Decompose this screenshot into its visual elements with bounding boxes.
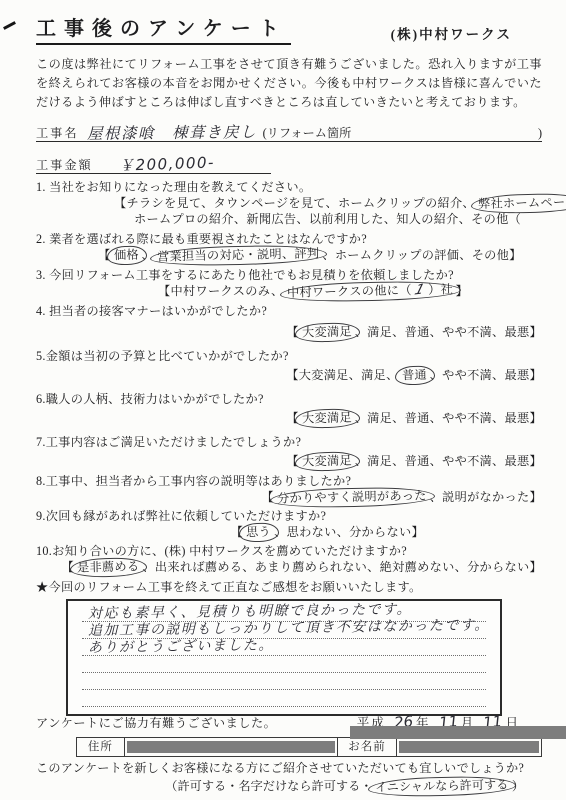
question-2-selected-answer-2: 営業担当の対応・説明、評判 [150,244,328,267]
question-10-text: 10.お知り合いの方に、(株) 中村ワークスを薦めていただけますか? [36,543,542,559]
feedback-comment-box: 対応も素早く、見積りも明瞭で良かったです。 追加工事の説明もしっかりして頂き不安… [66,599,502,716]
question-6-text: 6.職人の人柄、技術力はいかがでしたか? [36,391,542,407]
question-10: 10.お知り合いの方に、(株) 中村ワークスを薦めていただけますか? 【是非薦め… [36,543,542,575]
address-redaction [127,741,335,753]
question-4-selected-answer: 大変満足 [295,322,360,342]
question-3-options: 【中村ワークスのみ、中村ワークスの他に（1）社】 [36,283,542,299]
question-3-text: 3. 今回リフォーム工事をするにあたり他社でもお見積りを依頼しましたか? [36,267,542,283]
question-2-text: 2. 業者を選ばれる際に最も重要視されたことはなんですか? [36,231,542,247]
question-9-options: 【思う、思わない、分からない】 [36,524,542,540]
question-3-company-count-handwritten: 1 [409,281,430,299]
question-8-selected-answer: 分かりやすく説明があった [270,486,435,508]
comment-line: ありがとうございました。 [82,639,486,656]
question-5-options-pre: 【大変満足、満足、 [286,368,398,382]
question-10-selected-answer: 是非薦める [70,557,148,578]
thanks-text: アンケートにご協力有難うございました。 [36,715,276,731]
project-amount-label: 工事金額 [36,157,119,174]
comment-line-empty [82,656,486,673]
project-amount-value-handwritten: ￥200,000- [119,154,215,173]
question-4: 4. 担当者の接客マナーはいかがでしたか? 【大変満足、満足、普通、やや不満、最… [36,303,542,340]
question-1-selected-answer: 弊社ホームページ [471,193,566,214]
question-3-circled-pre: 中村ワークスの他に（ [286,283,411,300]
name-label: お名前 [337,738,397,757]
project-name-label: 工事名 [36,125,79,141]
address-label: 住所 [77,738,125,757]
question-7-selected-answer: 大変満足 [295,451,360,471]
question-9-selected-answer: 思う [239,523,279,543]
question-4-options-post: 、満足、普通、やや不満、最悪】 [355,325,542,339]
scan-corner-mark [3,21,16,30]
share-permission-question: このアンケートを新しくお客様になる方にご紹介させていただいても宜しいでしょうか? [36,760,542,776]
question-8: 8.工事中、担当者から工事内容の説明等はありましたか? 【分かりやすく説明があっ… [36,473,542,505]
question-2-selected-answer-1: 価格 [106,246,146,266]
comment-line: 追加工事の説明もしっかりして頂き不安はなかったです。 [82,622,486,639]
name-redaction-upper [350,726,566,739]
question-6-options-post: 、満足、普通、やや不満、最悪】 [355,411,542,425]
reform-location-close: ) [538,125,542,141]
question-1-options-line-2: ホームプロの紹介、新聞広告、以前利用した、知人の紹介、その他（ ）】 [36,211,542,227]
question-7-options: 【大変満足、満足、普通、やや不満、最悪】 [36,453,542,469]
reform-location-label: (リフォーム箇所 [263,125,352,141]
name-redaction [399,741,539,753]
question-1-text: 1. 当社をお知りになった理由を教えてください。 [36,179,542,195]
question-1: 1. 当社をお知りになった理由を教えてください。 【チラシを見て、タウンページを… [36,179,542,227]
question-5-selected-answer: 普通 [394,366,434,386]
feedback-prompt: ★今回のリフォーム工事を終えて正直なご感想をお願いいたします。 [36,579,542,595]
question-7: 7.工事内容はご満足いただけましたでしょうか? 【大変満足、満足、普通、やや不満… [36,434,542,469]
header: 工事後のアンケート (株)中村ワークス [36,16,542,45]
question-4-text: 4. 担当者の接客マナーはいかがでしたか? [36,303,542,319]
question-3-circled-post: ）社 [428,282,453,297]
comment-line-empty [82,673,486,690]
question-4-options: 【大変満足、満足、普通、やや不満、最悪】 [36,324,542,340]
question-7-options-post: 、満足、普通、やや不満、最悪】 [355,454,542,468]
question-8-options-post: 、説明がなかった】 [430,490,542,504]
question-2-options: 【価格、営業担当の対応・説明、評判、ホームクリップの評価、その他】 [36,247,542,263]
question-5-options-post: 、やや不満、最悪】 [430,368,542,382]
name-value-cell [397,738,542,757]
survey-scan-page: 工事後のアンケート (株)中村ワークス この度は弊社にてリフォーム工事をさせて頂… [0,0,566,800]
question-2: 2. 業者を選ばれる際に最も重要視されたことはなんですか? 【価格、営業担当の対… [36,231,542,263]
project-amount-row: 工事金額 ￥200,000- [36,150,542,174]
contact-row: 住所 お名前 [77,738,542,757]
project-name-row: 工事名 屋根漆喰 棟葺き戻し (リフォーム箇所 ) [36,120,542,142]
question-10-options: 【是非薦める、出来れば薦める、あまり薦められない、絶対薦めない、分からない】 [36,559,542,575]
share-selected-answer: イニシャルなら許可する [368,775,517,797]
project-name-value-handwritten: 屋根漆喰 棟葺き戻し [86,124,256,142]
question-2-options-rest: 、ホームクリップの評価、その他】 [322,248,521,262]
contact-table: 住所 お名前 [76,737,542,757]
question-8-text: 8.工事中、担当者から工事内容の説明等はありましたか? [36,473,542,489]
intro-text: この度は弊社にてリフォーム工事をさせて頂き有難うございました。恐れ入りますが工事… [36,55,542,112]
question-5-text: 5.金額は当初の予算と比べていかがでしたか? [36,348,542,364]
question-1-options-line-1: 【チラシを見て、タウンページを見て、ホームクリップの紹介、弊社ホームページ [36,195,542,211]
page-title: 工事後のアンケート [36,16,291,45]
question-9-options-post: 、思わない、分からない】 [274,525,424,539]
question-3-options-pre: 【中村ワークスのみ、 [158,284,284,298]
comment-text-handwritten: ありがとうございました。 [88,637,274,656]
comment-line-empty [82,690,486,707]
question-3-selected-answer: 中村ワークスの他に（1）社 [279,280,461,303]
question-5: 5.金額は当初の予算と比べていかがでしたか? 【大変満足、満足、普通、やや不満、… [36,348,542,383]
question-3: 3. 今回リフォーム工事をするにあたり他社でもお見積りを依頼しましたか? 【中村… [36,267,542,299]
address-value-cell [124,738,337,757]
footer: アンケートにご協力有難うございました。 平成 26年 11月 11日 住所 お名… [36,714,542,794]
question-7-text: 7.工事内容はご満足いただけましたでしょうか? [36,434,542,450]
share-options-pre: （許可する・名字だけなら許可する・ [165,779,372,793]
question-6: 6.職人の人柄、技術力はいかがでしたか? 【大変満足、満足、普通、やや不満、最悪… [36,391,542,426]
question-9: 9.次回も縁があれば弊社に依頼していただけますか? 【思う、思わない、分からない… [36,508,542,540]
question-9-text: 9.次回も縁があれば弊社に依頼していただけますか? [36,508,542,524]
question-1-options-pre: 【チラシを見て、タウンページを見て、ホームクリップの紹介、 [114,196,475,210]
question-6-options: 【大変満足、満足、普通、やや不満、最悪】 [36,410,542,426]
company-name: (株)中村ワークス [391,27,512,43]
question-8-options: 【分かりやすく説明があった、説明がなかった】 [36,489,542,505]
question-5-options: 【大変満足、満足、普通、やや不満、最悪】 [36,367,542,383]
share-permission-options: （許可する・名字だけなら許可する・イニシャルなら許可する） [36,778,542,794]
project-amount-underline: ￥200,000- [119,156,271,174]
question-10-options-post: 、出来れば薦める、あまり薦められない、絶対薦めない、分からない】 [142,560,542,574]
question-6-selected-answer: 大変満足 [295,408,360,428]
